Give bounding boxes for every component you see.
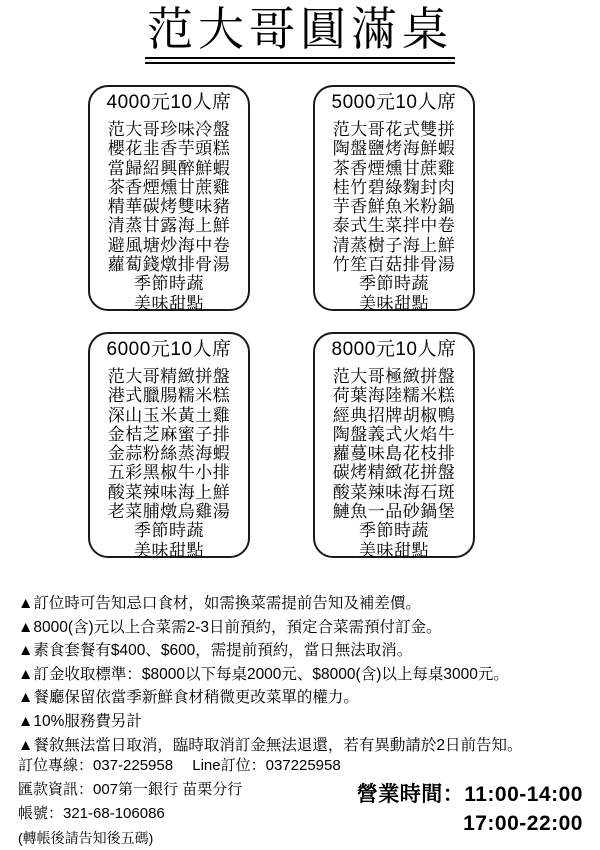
menu-item: 范大哥精緻拼盤 [90, 367, 248, 386]
menu-item: 精華碳烤雙味豬 [90, 197, 248, 216]
menu-box-4000-items: 范大哥珍味冷盤櫻花韭香芋頭糕當歸紹興醉鮮蝦茶香煙燻甘蔗雞精華碳烤雙味豬清蒸甘露海… [90, 120, 248, 313]
menu-item: 金桔芝麻蜜子排 [90, 425, 248, 444]
contact-line: 訂位專線：037-225958 Line訂位：037225958 [18, 754, 398, 778]
menu-box-4000-title: 4000元10人席 [90, 92, 248, 114]
note-line: ▲訂金收取標準：$8000以下每桌2000元、$8000(含)以上每桌3000元… [18, 663, 590, 687]
menu-item: 范大哥花式雙拼 [315, 120, 473, 139]
menu-item: 老菜脯燉烏雞湯 [90, 502, 248, 521]
menu-box-5000-items: 范大哥花式雙拼陶盤鹽烤海鮮蝦茶香煙燻甘蔗雞桂竹碧綠麴封肉芋香鮮魚米粉鍋泰式生菜拌… [315, 120, 473, 313]
contact-line: 匯款資訊：007第一銀行 苗栗分行 [18, 778, 398, 802]
menu-item: 深山玉米黃土雞 [90, 406, 248, 425]
menu-box-6000-title: 6000元10人席 [90, 339, 248, 361]
contact-section: 訂位專線：037-225958 Line訂位：037225958匯款資訊：007… [18, 754, 398, 850]
menu-item: 經典招牌胡椒鴨 [315, 406, 473, 425]
menu-box-6000-items: 范大哥精緻拼盤港式臘腸糯米糕深山玉米黃土雞金桔芝麻蜜子排金蒜粉絲蒸海蝦五彩黑椒牛… [90, 367, 248, 560]
menu-box-8000: 8000元10人席 范大哥極緻拼盤荷葉海陸糯米糕經典招牌胡椒鴨陶盤義式火焰牛蘿蔓… [313, 332, 475, 558]
menu-box-8000-items: 范大哥極緻拼盤荷葉海陸糯米糕經典招牌胡椒鴨陶盤義式火焰牛蘿蔓味島花枝排碳烤精緻花… [315, 367, 473, 560]
menu-item: 桂竹碧綠麴封肉 [315, 178, 473, 197]
business-hours-line1: 營業時間：11:00-14:00 [357, 780, 583, 809]
contact-line: 帳號：321-68-106086 [18, 802, 398, 826]
menu-item: 季節時蔬 [315, 521, 473, 540]
menu-item: 蘿蔔錢燉排骨湯 [90, 255, 248, 274]
menu-item: 金蒜粉絲蒸海蝦 [90, 444, 248, 463]
menu-item: 美味甜點 [315, 541, 473, 560]
note-line: ▲8000(含)元以上合菜需2-3日前預約，預定合菜需預付訂金。 [18, 616, 590, 640]
menu-flyer-page: 范大哥圓滿桌 4000元10人席 范大哥珍味冷盤櫻花韭香芋頭糕當歸紹興醉鮮蝦茶香… [0, 0, 600, 850]
menu-item: 茶香煙燻甘蔗雞 [90, 178, 248, 197]
menu-item: 鰱魚一品砂鍋堡 [315, 502, 473, 521]
menu-item: 芋香鮮魚米粉鍋 [315, 197, 473, 216]
notes-section: ▲訂位時可告知忌口食材，如需換菜需提前告知及補差價。▲8000(含)元以上合菜需… [18, 592, 590, 757]
menu-item: 范大哥極緻拼盤 [315, 367, 473, 386]
note-line: ▲餐廳保留依當季新鮮食材稍微更改菜單的權力。 [18, 686, 590, 710]
page-title: 范大哥圓滿桌 [145, 4, 455, 64]
menu-item: 碳烤精緻花拼盤 [315, 463, 473, 482]
menu-box-4000: 4000元10人席 范大哥珍味冷盤櫻花韭香芋頭糕當歸紹興醉鮮蝦茶香煙燻甘蔗雞精華… [88, 85, 250, 311]
menu-item: 泰式生菜拌中卷 [315, 216, 473, 235]
menu-item: 避風塘炒海中卷 [90, 236, 248, 255]
menu-item: 陶盤義式火焰牛 [315, 425, 473, 444]
menu-item: 美味甜點 [315, 294, 473, 313]
menu-item: 當歸紹興醉鮮蝦 [90, 159, 248, 178]
menu-box-5000-title: 5000元10人席 [315, 92, 473, 114]
menu-item: 美味甜點 [90, 541, 248, 560]
business-hours: 營業時間：11:00-14:00 17:00-22:00 [357, 780, 583, 838]
menu-item: 酸菜辣味海石斑 [315, 483, 473, 502]
menu-item: 蘿蔓味島花枝排 [315, 444, 473, 463]
menu-item: 荷葉海陸糯米糕 [315, 386, 473, 405]
menu-box-6000: 6000元10人席 范大哥精緻拼盤港式臘腸糯米糕深山玉米黃土雞金桔芝麻蜜子排金蒜… [88, 332, 250, 558]
menu-item: 季節時蔬 [90, 521, 248, 540]
menu-box-8000-title: 8000元10人席 [315, 339, 473, 361]
business-hours-line2: 17:00-22:00 [357, 809, 583, 838]
menu-item: 櫻花韭香芋頭糕 [90, 139, 248, 158]
menu-item: 清蒸樹子海上鮮 [315, 236, 473, 255]
menu-item: 茶香煙燻甘蔗雞 [315, 159, 473, 178]
menu-item: 美味甜點 [90, 294, 248, 313]
menu-item: 港式臘腸糯米糕 [90, 386, 248, 405]
contact-line: (轉帳後請告知後五碼) [18, 826, 398, 850]
menu-item: 范大哥珍味冷盤 [90, 120, 248, 139]
note-line: ▲10%服務費另計 [18, 710, 590, 734]
menu-item: 五彩黑椒牛小排 [90, 463, 248, 482]
menu-item: 季節時蔬 [315, 274, 473, 293]
note-line: ▲素食套餐有$400、$600，需提前預約，當日無法取消。 [18, 639, 590, 663]
header: 范大哥圓滿桌 [0, 0, 600, 64]
menu-item: 陶盤鹽烤海鮮蝦 [315, 139, 473, 158]
menu-item: 清蒸甘露海上鮮 [90, 216, 248, 235]
note-line: ▲訂位時可告知忌口食材，如需換菜需提前告知及補差價。 [18, 592, 590, 616]
menu-item: 酸菜辣味海上鮮 [90, 483, 248, 502]
menu-item: 季節時蔬 [90, 274, 248, 293]
menu-item: 竹笙百菇排骨湯 [315, 255, 473, 274]
menu-box-5000: 5000元10人席 范大哥花式雙拼陶盤鹽烤海鮮蝦茶香煙燻甘蔗雞桂竹碧綠麴封肉芋香… [313, 85, 475, 311]
